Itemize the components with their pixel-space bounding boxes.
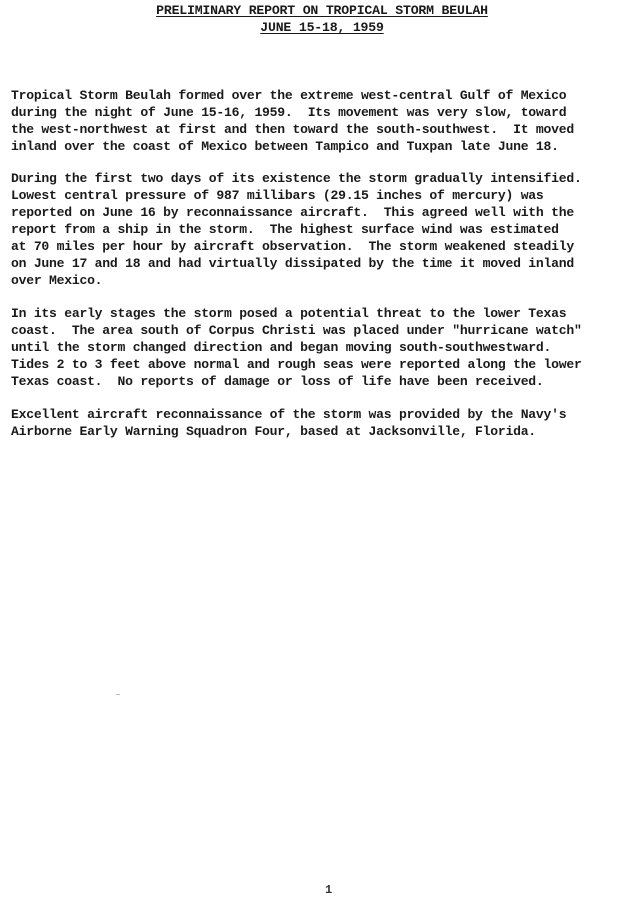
title-line-dates: JUNE 15-18, 1959 (260, 19, 383, 36)
title-line-report: PRELIMINARY REPORT ON TROPICAL STORM BEU… (156, 2, 488, 19)
paragraph-texas-threat: In its early stages the storm posed a po… (11, 305, 643, 390)
page-number: 1 (325, 883, 332, 897)
paragraph-formation: Tropical Storm Beulah formed over the ex… (11, 87, 643, 155)
paragraph-reconnaissance: Excellent aircraft reconnaissance of the… (11, 406, 643, 440)
paragraph-intensity: During the first two days of its existen… (11, 170, 643, 289)
scan-speck (116, 694, 120, 695)
document-title: PRELIMINARY REPORT ON TROPICAL STORM BEU… (0, 2, 644, 36)
